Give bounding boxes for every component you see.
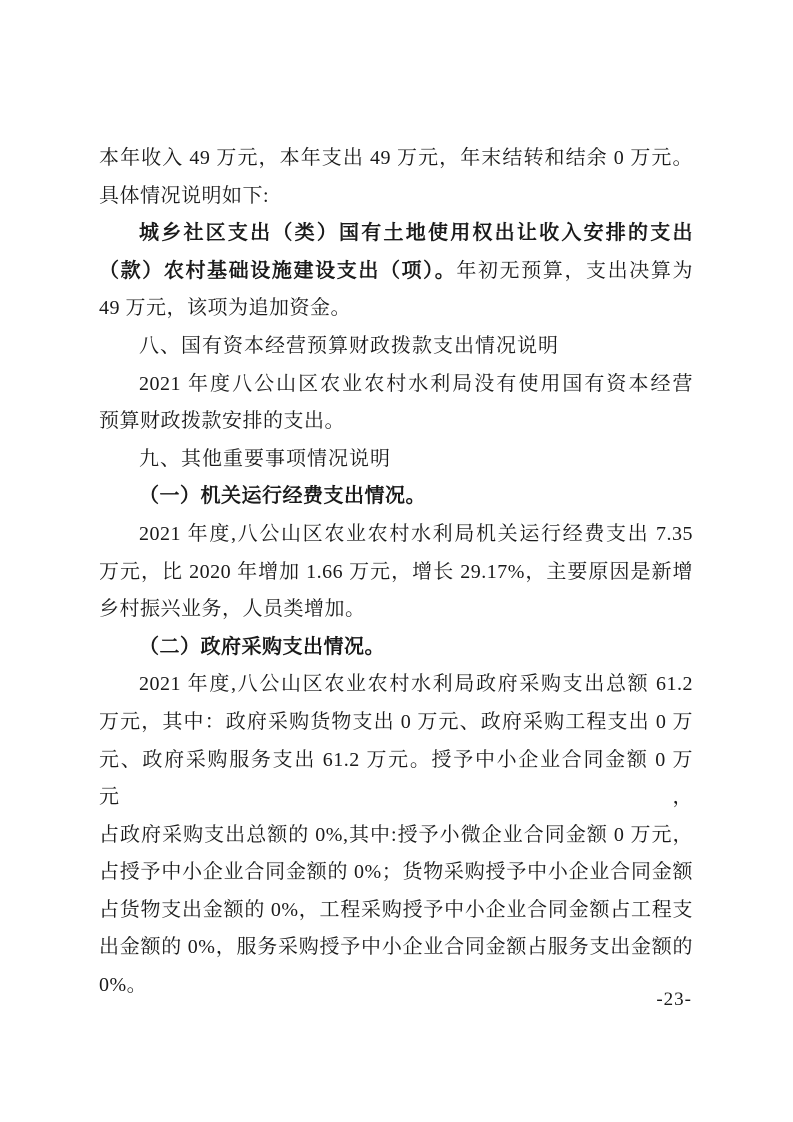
body-line: 占授予中小企业合同金额的 0%；货物采购授予中小企业合同金额 (99, 854, 693, 892)
body-line: 出金额的 0%，服务采购授予中小企业合同金额占服务支出金额的 (99, 929, 693, 967)
body-line: 2021 年度,八公山区农业农村水利局机关运行经费支出 7.35 (99, 516, 693, 554)
emphasis-line: 城乡社区支出（类）国有土地使用权出让收入安排的支出 (99, 215, 693, 253)
emphasis-segment: （款）农村基础设施建设支出（项）。 (99, 260, 456, 282)
body-line: 乡村振兴业务，人员类增加。 (99, 591, 693, 629)
subsection-heading-1: （一）机关运行经费支出情况。 (99, 478, 693, 516)
document-body: 本年收入 49 万元，本年支出 49 万元，年末结转和结余 0 万元。 具体情况… (99, 140, 693, 1005)
body-line: 49 万元，该项为追加资金。 (99, 290, 693, 328)
body-segment: 年初无预算，支出决算为 (456, 260, 693, 282)
section-heading-9: 九、其他重要事项情况说明 (99, 441, 693, 479)
body-line: 占政府采购支出总额的 0%,其中:授予小微企业合同金额 0 万元， (99, 817, 693, 855)
subsection-heading-2: （二）政府采购支出情况。 (99, 629, 693, 667)
document-page: 本年收入 49 万元，本年支出 49 万元，年末结转和结余 0 万元。 具体情况… (0, 0, 793, 1122)
mixed-line: （款）农村基础设施建设支出（项）。年初无预算，支出决算为 (99, 253, 693, 291)
body-line: 元、政府采购服务支出 61.2 万元。授予中小企业合同金额 0 万元， (99, 742, 693, 817)
body-line: 2021 年度,八公山区农业农村水利局政府采购支出总额 61.2 (99, 666, 693, 704)
body-line: 本年收入 49 万元，本年支出 49 万元，年末结转和结余 0 万元。 (99, 140, 693, 178)
body-line: 预算财政拨款安排的支出。 (99, 403, 693, 441)
page-number: -23- (656, 989, 692, 1011)
body-line: 占货物支出金额的 0%，工程采购授予中小企业合同金额占工程支 (99, 892, 693, 930)
body-line: 万元，比 2020 年增加 1.66 万元，增长 29.17%，主要原因是新增 (99, 554, 693, 592)
section-heading-8: 八、国有资本经营预算财政拨款支出情况说明 (99, 328, 693, 366)
body-line: 具体情况说明如下: (99, 178, 693, 216)
body-line: 0%。 (99, 967, 693, 1005)
body-line: 万元，其中：政府采购货物支出 0 万元、政府采购工程支出 0 万 (99, 704, 693, 742)
body-line: 2021 年度八公山区农业农村水利局没有使用国有资本经营 (99, 366, 693, 404)
